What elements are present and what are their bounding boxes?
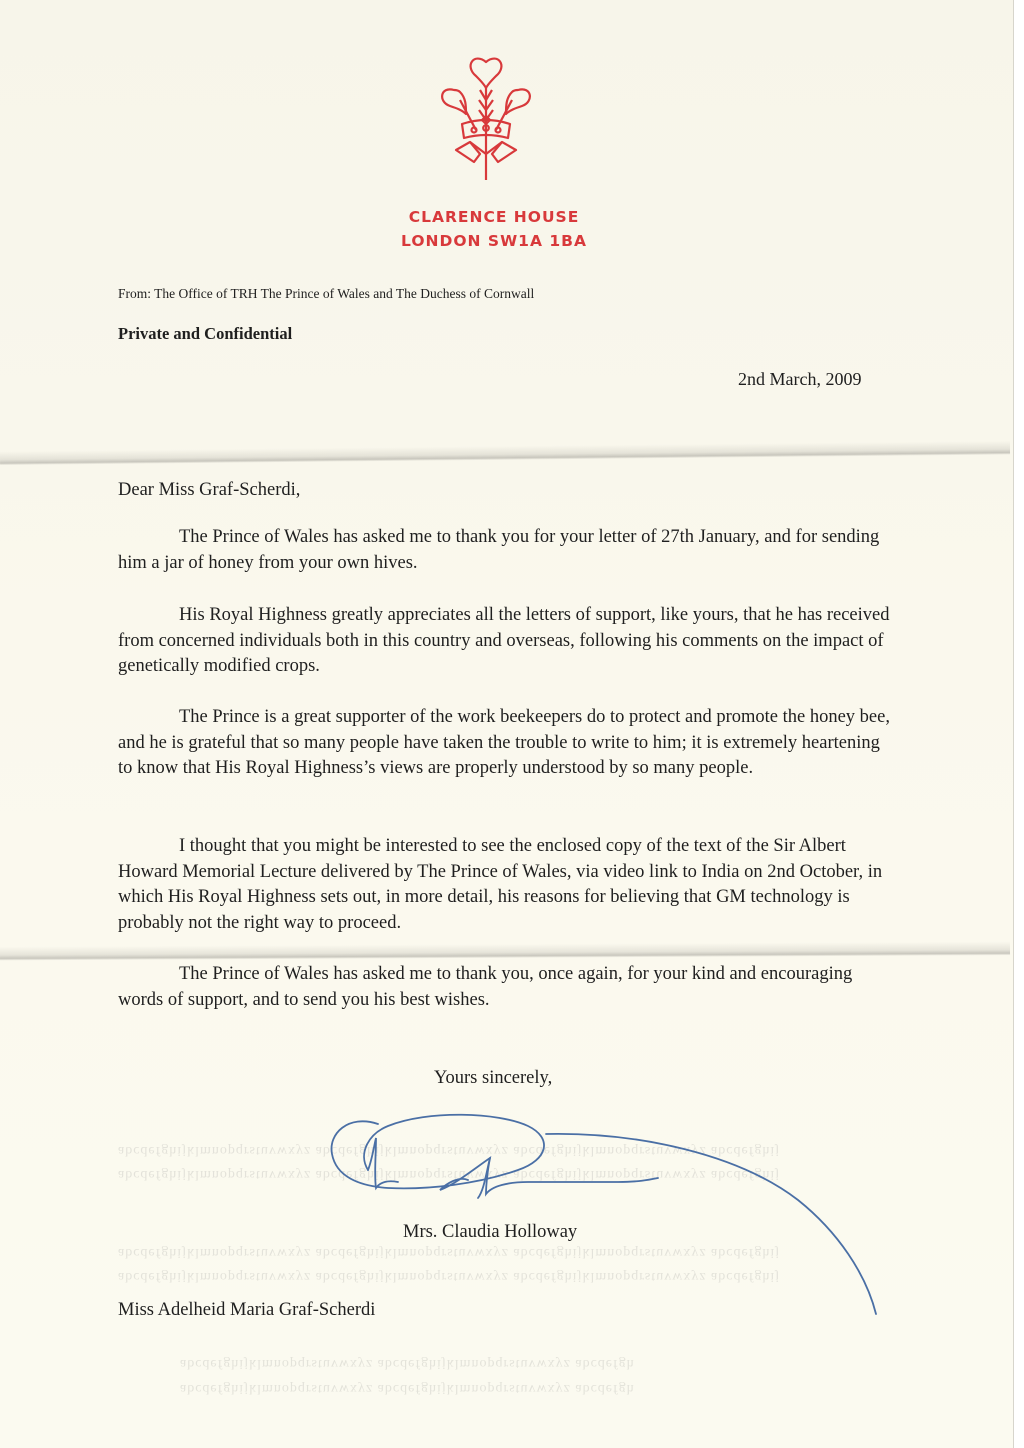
body-paragraph-3: The Prince is a great supporter of the w… (118, 705, 898, 782)
body-paragraph-2: His Royal Highness greatly appreciates a… (118, 603, 898, 680)
salutation: Dear Miss Graf-Scherdi, (118, 480, 300, 501)
handwritten-signature-icon (318, 1104, 888, 1324)
letterhead-address-line-2: LONDON SW1A 1BA (0, 232, 994, 250)
classification-heading: Private and Confidential (118, 324, 292, 344)
prince-of-wales-feathers-icon (436, 54, 536, 186)
paragraph-text: The Prince is a great supporter of the w… (118, 705, 898, 782)
from-line: From: The Office of TRH The Prince of Wa… (118, 286, 534, 302)
paragraph-text: The Prince of Wales has asked me to than… (118, 525, 898, 576)
body-paragraph-1: The Prince of Wales has asked me to than… (118, 525, 898, 576)
show-through-text: abcdefghijklmnopqrstuvwxyz abcdefghijklm… (180, 1355, 780, 1371)
letterhead-address-line-1: CLARENCE HOUSE (0, 208, 994, 226)
body-paragraph-5: The Prince of Wales has asked me to than… (118, 962, 898, 1013)
letter-date: 2nd March, 2009 (738, 369, 861, 390)
paragraph-text: I thought that you might be interested t… (118, 834, 898, 936)
closing: Yours sincerely, (434, 1068, 552, 1089)
recipient-name: Miss Adelheid Maria Graf-Scherdi (118, 1300, 375, 1321)
show-through-text: abcdefghijklmnopqrstuvwxyz abcdefghijklm… (180, 1380, 780, 1396)
paragraph-text: The Prince of Wales has asked me to than… (118, 962, 898, 1013)
page-edge (1013, 0, 1024, 1448)
body-paragraph-4: I thought that you might be interested t… (118, 834, 898, 936)
signatory-name: Mrs. Claudia Holloway (403, 1222, 577, 1243)
paragraph-text: His Royal Highness greatly appreciates a… (118, 603, 898, 680)
